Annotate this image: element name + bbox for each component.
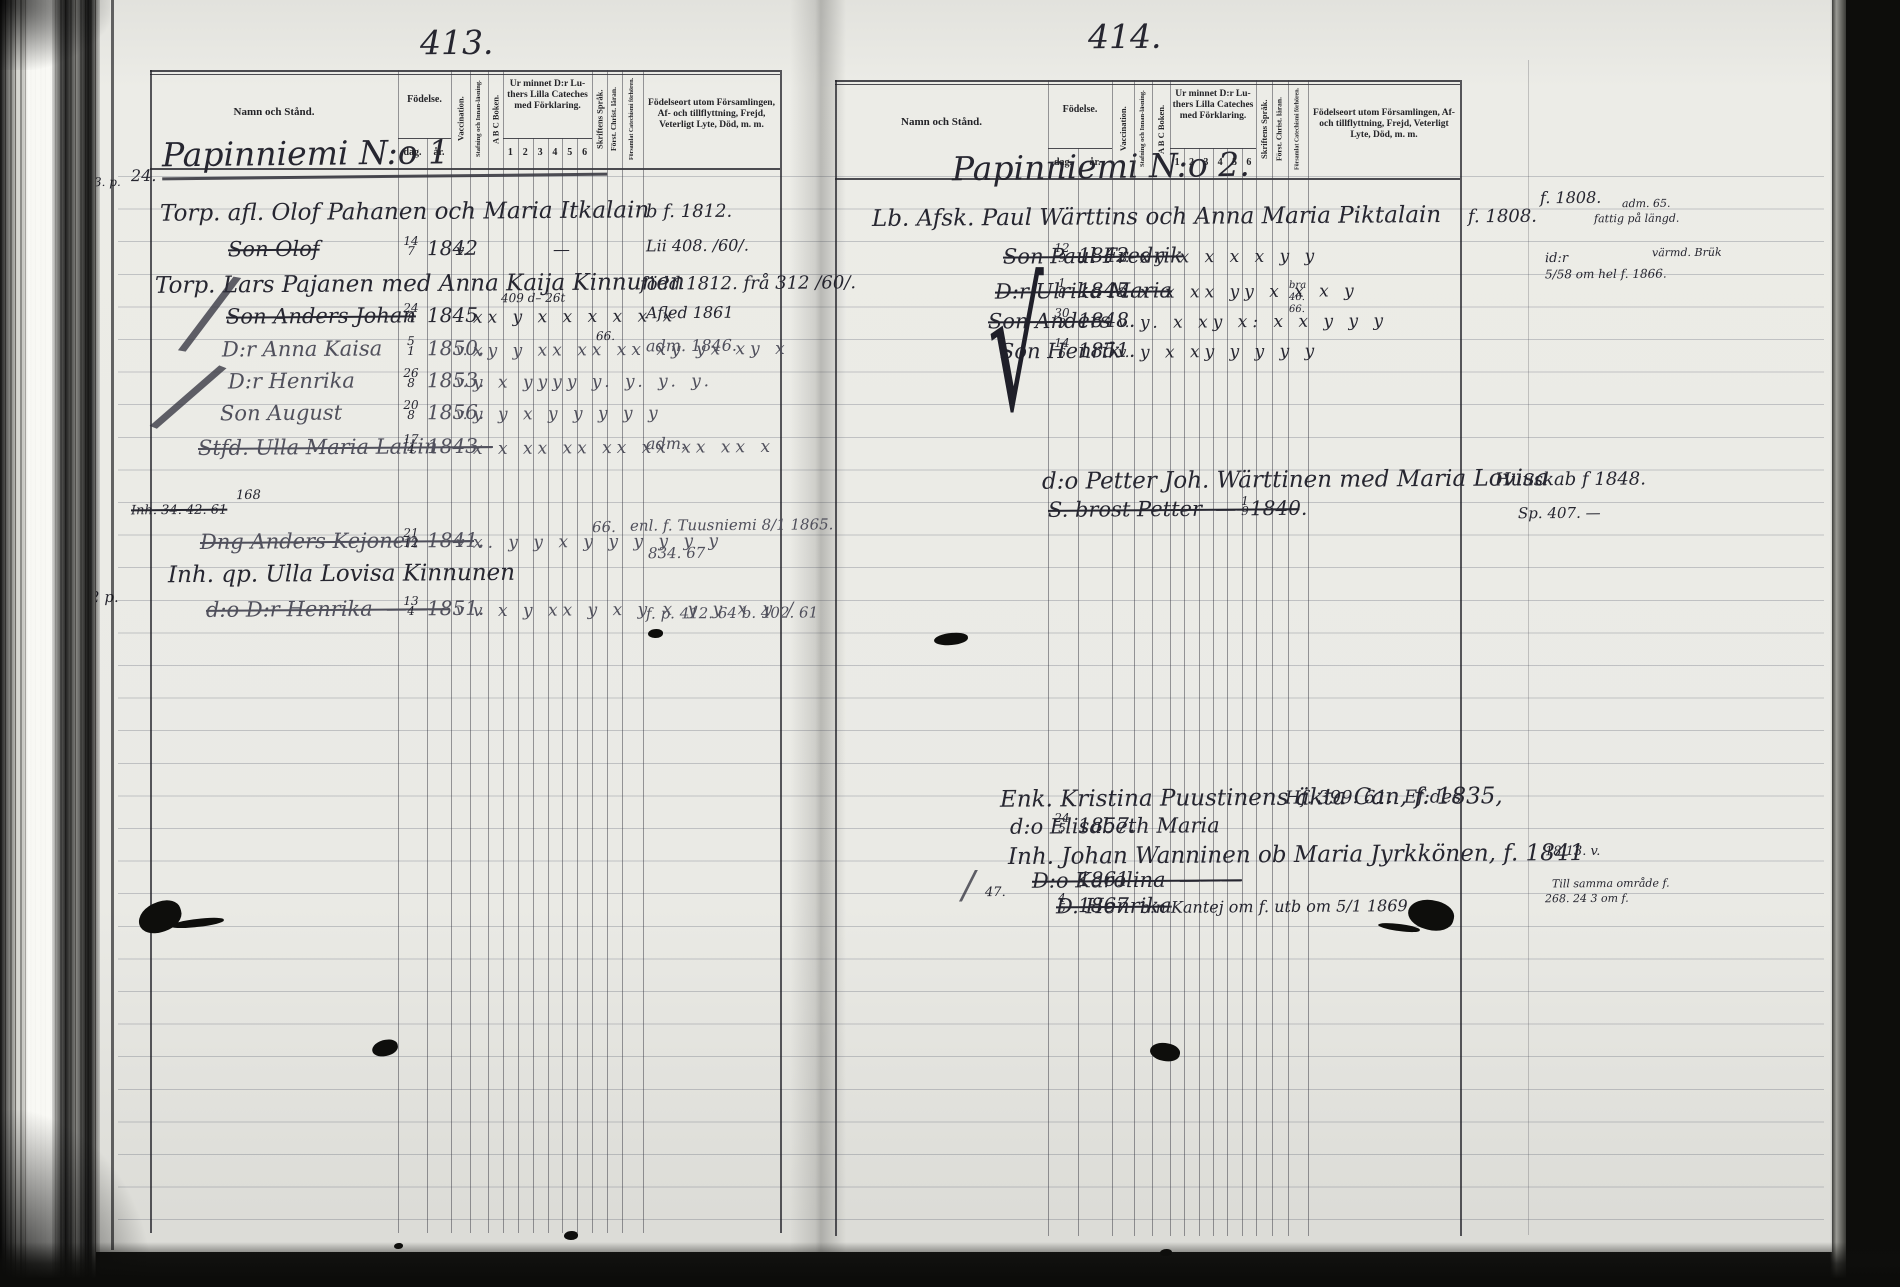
- vaccination-mark: v.: [1118, 285, 1130, 301]
- header-label-birth: Födelse.: [398, 94, 451, 106]
- birth-day-value: 208: [399, 400, 423, 421]
- birth-year-value: 1857.: [1078, 815, 1135, 836]
- family-entry-remark: Hf. 399. 61. Ef:des: [1285, 788, 1461, 808]
- remark-note: enl. f. Tuusniemi 8/1 1865.: [630, 517, 834, 534]
- remark-note: 66.: [592, 520, 616, 536]
- table-column-line: [1460, 80, 1462, 1236]
- table-column-line: [607, 70, 608, 1233]
- header-label-catechism-col-1: 1: [503, 147, 518, 159]
- book-gutter-shadow: [790, 0, 846, 1252]
- birth-day-value: 303: [1050, 308, 1074, 329]
- header-label-catechism-col-5: 5: [1227, 157, 1241, 169]
- birth-year-value: 1867: [1078, 895, 1129, 916]
- header-label-catechism-col-5: 5: [562, 147, 577, 159]
- page-stack-shadow: [52, 0, 100, 1287]
- margin-note: 66.: [1289, 305, 1305, 316]
- table-rule-line: [835, 80, 1460, 82]
- family-entry: Inh. Johan Wanninen ob Maria Jyrkkönen, …: [1008, 841, 1584, 869]
- page-number-right: 414.: [1088, 20, 1162, 55]
- margin-note: Inh. 34. 42. 61: [131, 504, 227, 518]
- margin-note: f. 1808.: [1540, 190, 1601, 207]
- birth-day-value: 129: [1050, 243, 1074, 264]
- margin-note: värmd. Brük: [1652, 247, 1722, 259]
- family-entry: d:o Petter Joh. Wärttinen med Maria Lovi…: [1042, 466, 1549, 494]
- member-name: D:r Henrika: [228, 370, 355, 393]
- table-column-line: [503, 70, 504, 1233]
- header-label-catechism-col-6: 6: [1242, 157, 1256, 169]
- member-name: Son Anders Johan: [226, 304, 416, 327]
- header-label-abc-book: A B C Boken.: [488, 75, 503, 163]
- table-column-line: [1199, 148, 1200, 1236]
- family-entry: Inh. qp. Ulla Lovisa Kinnunen: [168, 561, 515, 588]
- top-left-corner-shadow: [0, 0, 110, 70]
- vaccination-mark: v.: [456, 243, 468, 259]
- vaccination-mark: v: [456, 603, 465, 619]
- table-column-line: [643, 70, 644, 1233]
- birth-day-value: 245: [1050, 813, 1074, 834]
- header-label-scripture-language: Skriftens Språk.: [592, 75, 607, 163]
- header-label-parish-exam: Församlat Catechismi förhören.: [1288, 85, 1308, 173]
- ink-spot: [564, 1231, 578, 1240]
- birth-day-value: 174: [399, 434, 423, 455]
- table-column-line: [150, 70, 152, 1233]
- header-label-vaccination: Vaccination.: [1112, 85, 1134, 173]
- table-column-line: [780, 70, 782, 1233]
- underlying-page-edge: [1528, 60, 1529, 1235]
- header-label-vaccination: Vaccination.: [451, 75, 470, 163]
- birth-day-value: 134: [399, 596, 423, 617]
- header-label-abc-book: A B C Boken.: [1152, 85, 1170, 173]
- birth-day-value: 248: [399, 303, 423, 324]
- vaccination-mark: v.: [1118, 250, 1130, 266]
- header-label-parish-exam: Församlat Catechismi förhören.: [622, 75, 643, 163]
- header-label-birth-year: år.: [427, 147, 451, 159]
- scan-background-bottom: [0, 1242, 1900, 1287]
- header-label-catechism: Ur minnet D:r Lu- thers Lilla Cateches m…: [1172, 89, 1254, 123]
- header-label-christianity: Först. Christ. läran.: [1272, 85, 1288, 173]
- header-label-catechism-col-3: 3: [1199, 157, 1213, 169]
- vaccination-mark: v.: [1118, 345, 1130, 361]
- margin-note: bra: [1289, 281, 1306, 292]
- remark-note: 834. 67: [648, 546, 705, 562]
- header-label-catechism-col-1: 1: [1170, 157, 1184, 169]
- margin-note: 46.: [1289, 293, 1305, 304]
- table-column-line: [622, 70, 623, 1233]
- margin-note: 47.: [985, 886, 1006, 900]
- header-label-name: Namn och Stånd.: [150, 106, 398, 119]
- margin-note: adm. 65.: [1622, 198, 1671, 210]
- margin-note: Till samma område f.: [1552, 878, 1670, 890]
- page-margin-line: [111, 0, 114, 1250]
- table-column-line: [1184, 148, 1185, 1236]
- family-entry: Torp. afl. Olof Pahanen och Maria Itkala…: [160, 198, 649, 226]
- table-column-line: [592, 70, 593, 1233]
- header-label-birth-day: dag.: [1048, 157, 1078, 169]
- family-entry-remark: b f. 1812.: [646, 203, 732, 222]
- marks-note: 409 d– 26t: [501, 292, 565, 305]
- birth-day-value: 51: [399, 336, 423, 357]
- table-column-line: [577, 138, 578, 1233]
- page-number-left: 413.: [420, 26, 494, 61]
- remark-note: adm. 1846.: [646, 338, 737, 355]
- margin-note: 268. 24 3 om f.: [1545, 893, 1629, 905]
- birth-year-value: 1843: [427, 436, 478, 457]
- table-column-line: [1227, 148, 1228, 1236]
- birth-year-value: 1840.: [1250, 498, 1307, 519]
- table-rule-line: [150, 70, 780, 72]
- header-label-name: Namn och Stånd.: [835, 116, 1048, 129]
- family-entry-remark: född 1812. frå 312 /60/.: [640, 274, 856, 294]
- attendance-marks: x x xx yy x x x y: [1140, 283, 1359, 302]
- remark-note: Sp. 407. —: [1518, 506, 1601, 522]
- header-label-catechism: Ur minnet D:r Lu- thers Lilla Cateches m…: [505, 79, 590, 113]
- attendance-marks: —: [553, 242, 575, 260]
- birth-day-value: 146: [1050, 338, 1074, 359]
- margin-note: 66.: [596, 330, 615, 343]
- member-name: D:r Anna Kaisa: [222, 337, 382, 360]
- birth-year-value: 1845: [427, 305, 478, 326]
- margin-note: 18 13. v.: [1545, 845, 1601, 859]
- header-label-catechism-col-4: 4: [548, 147, 563, 159]
- header-label-birth-day: dag.: [398, 147, 427, 159]
- table-column-line: [488, 70, 489, 1233]
- member-name: Son August: [220, 402, 342, 425]
- family-entry-remark: f. 1808.: [1468, 208, 1537, 227]
- attendance-marks: y x yyyy y. y. y. y.: [473, 373, 714, 393]
- header-label-christianity: Först. Christ. läran.: [607, 75, 622, 163]
- remark-note: Lii 408. /60/.: [646, 238, 749, 256]
- vaccination-mark: v.: [456, 375, 468, 391]
- remark-note: adm.: [646, 436, 686, 453]
- table-column-line: [835, 80, 837, 1236]
- header-label-catechism-col-6: 6: [577, 147, 592, 159]
- table-rule-line: [150, 168, 780, 170]
- margin-note: 168: [236, 489, 261, 503]
- remark-note: Afled 1861: [646, 305, 734, 322]
- remark-note: f. p. 412. 64 b. 402. 61: [646, 605, 818, 622]
- birth-year-value: 1842: [427, 238, 478, 259]
- attendance-marks: xy x x x x y y: [1140, 248, 1319, 267]
- member-name: D:o Karolina ———: [1032, 868, 1242, 892]
- margin-note: 24.: [131, 168, 157, 185]
- fore-edge-right: [1830, 0, 1846, 1287]
- margin-note: id:r: [1545, 252, 1568, 266]
- scan-background-right: [1846, 0, 1900, 1287]
- birth-day-value: 18: [1050, 278, 1074, 299]
- attendance-marks: y x xy y y y y: [1140, 343, 1319, 362]
- family-entry: Lb. Afsk. Paul Wärttins och Anna Maria P…: [872, 203, 1441, 231]
- birth-day-value: 147: [399, 236, 423, 257]
- vaccination-mark: v: [456, 535, 465, 551]
- birth-day-value: 268: [399, 368, 423, 389]
- ink-spot: [648, 629, 663, 638]
- attendance-marks: xy y xx xx xx xy yx xy x: [473, 341, 790, 361]
- vaccination-mark: v.: [456, 407, 468, 423]
- margin-note: fattig på längd.: [1594, 213, 1679, 225]
- table-rule-line: [1048, 148, 1112, 149]
- margin-note: 5/58 om hel f. 1866.: [1545, 268, 1667, 281]
- header-label-catechism-col-2: 2: [1184, 157, 1198, 169]
- header-label-birth-year: år.: [1078, 157, 1112, 169]
- attendance-marks: y. x xy x: x x y y y: [1140, 313, 1388, 333]
- vaccination-mark: v.: [456, 343, 468, 359]
- family-entry: Torp. Lars Pajanen med Anna Kaija Kinnun…: [155, 270, 685, 298]
- family-entry-remark: Huuskab f 1848.: [1495, 470, 1646, 490]
- slash-mark: /: [962, 866, 975, 904]
- attendance-marks: y y x y y y y y: [473, 405, 663, 424]
- table-column-line: [1213, 148, 1214, 1236]
- table-rule-line: [398, 138, 451, 139]
- vaccination-mark: v.: [1118, 315, 1130, 331]
- ruled-lines: [118, 176, 1824, 1234]
- register-book-scan: 413. 414. Papinniemi N:o 1 Papinniemi N:…: [0, 0, 1900, 1287]
- header-label-catechism-col-3: 3: [533, 147, 548, 159]
- table-rule-line: [835, 178, 1460, 180]
- header-label-scripture-language: Skriftens Språk.: [1256, 85, 1272, 173]
- member-name: Son Olof: [228, 238, 320, 261]
- header-label-remarks: Födelseort utom Församlingen, Af- och ti…: [1313, 108, 1455, 142]
- header-label-birth: Födelse.: [1048, 104, 1112, 116]
- birth-day-value: 45: [1050, 893, 1074, 914]
- birth-day-value: 2112: [399, 528, 423, 549]
- header-label-catechism-col-2: 2: [518, 147, 533, 159]
- check-mark: √: [988, 262, 1044, 437]
- birth-year-value: 1861: [1078, 869, 1129, 890]
- attendance-marks: x x xx xx xx xx xx xx x: [473, 439, 775, 459]
- notation-text: b:n Kantej om f. utb om 5/1 1869.: [1140, 898, 1413, 917]
- header-label-remarks: Födelseort utom Församlingen, Af- och ti…: [648, 98, 775, 132]
- header-label-catechism-col-4: 4: [1213, 157, 1227, 169]
- header-label-spelling-reading: Stafning och Innan-läsning.: [470, 75, 488, 163]
- header-label-spelling-reading: Stafning och Innan-läsning.: [1134, 85, 1152, 173]
